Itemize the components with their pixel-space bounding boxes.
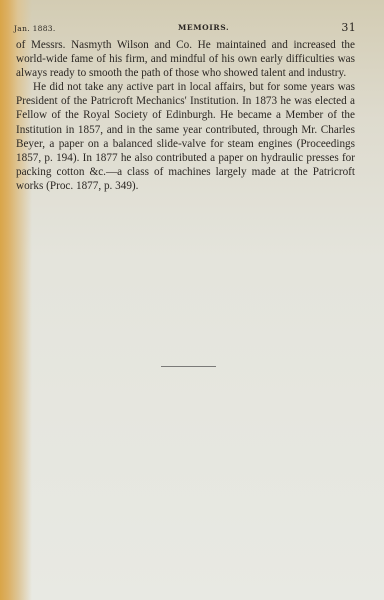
header-date: Jan. 1883. (14, 24, 56, 33)
section-end-rule (161, 366, 216, 367)
book-page: Jan. 1883. MEMOIRS. 31 of Messrs. Nasmyt… (0, 0, 384, 600)
header-section-title: MEMOIRS. (178, 23, 229, 32)
running-header: Jan. 1883. MEMOIRS. 31 (14, 21, 356, 35)
page-number: 31 (341, 21, 356, 34)
paragraph-continuation: of Messrs. Nasmyth Wilson and Co. He mai… (16, 38, 355, 80)
page-body: of Messrs. Nasmyth Wilson and Co. He mai… (16, 38, 355, 193)
paragraph: He did not take any active part in local… (16, 80, 355, 193)
